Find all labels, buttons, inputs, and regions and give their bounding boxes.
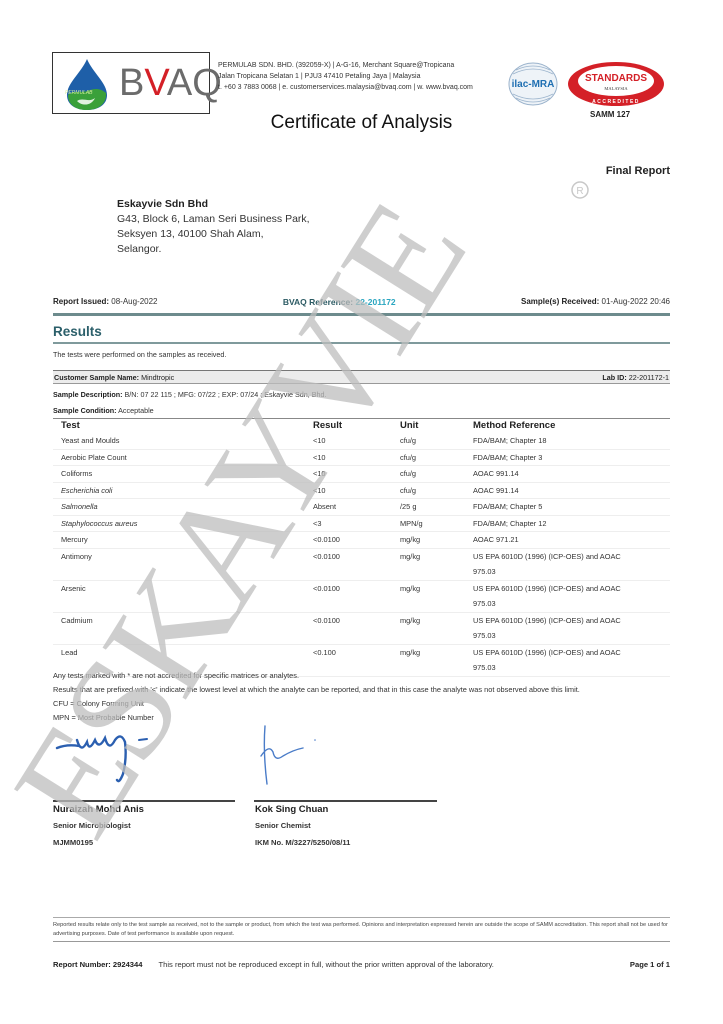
report-number: Report Number: 2924344 <box>53 960 142 969</box>
method-reference: AOAC 971.21 <box>473 532 670 549</box>
method-line: FDA/BAM; Chapter 18 <box>473 433 670 449</box>
svg-text:ACCREDITED: ACCREDITED <box>592 99 640 105</box>
test-unit: mg/kg <box>400 532 473 549</box>
divider <box>53 342 670 344</box>
table-row: SalmonellaAbsent/25 gFDA/BAM; Chapter 5 <box>53 499 670 516</box>
customer-sample-name: Customer Sample Name: Mindtropic <box>54 373 174 382</box>
company-line: PERMULAB SDN. BHD. (392059-X) | A-G-16, … <box>218 60 473 71</box>
test-unit: MPN/g <box>400 515 473 532</box>
page-number: Page 1 of 1 <box>630 960 670 969</box>
method-line: AOAC 991.14 <box>473 466 670 482</box>
test-name: Cadmium <box>53 612 313 644</box>
sample-condition: Sample Condition: Acceptable <box>53 406 154 415</box>
signatory-id: IKM No. M/3227/5250/08/11 <box>255 838 350 847</box>
company-line: t. +60 3 7883 0068 | e. customerservices… <box>218 82 473 93</box>
method-reference: US EPA 6010D (1996) (ICP-OES) and AOAC97… <box>473 548 670 580</box>
signatory-role: Senior Microbiologist <box>53 821 131 830</box>
test-result: <10 <box>313 482 400 499</box>
test-name: Mercury <box>53 532 313 549</box>
test-name: Aerobic Plate Count <box>53 449 313 466</box>
svg-text:PERMULAB: PERMULAB <box>65 90 93 96</box>
method-reference: FDA/BAM; Chapter 12 <box>473 515 670 532</box>
method-line: FDA/BAM; Chapter 12 <box>473 516 670 532</box>
test-result: <0.0100 <box>313 532 400 549</box>
test-name: Arsenic <box>53 580 313 612</box>
note-line: Results that are prefixed with '<' indic… <box>53 683 580 697</box>
method-line: FDA/BAM; Chapter 5 <box>473 499 670 515</box>
customer-address: Eskayvie Sdn Bhd G43, Block 6, Laman Ser… <box>117 197 310 257</box>
method-line: US EPA 6010D (1996) (ICP-OES) and AOAC <box>473 581 670 597</box>
bvaq-reference: BVAQ Reference: 22-201172 <box>283 297 396 307</box>
table-row: Staphylococcus aureus<3MPN/gFDA/BAM; Cha… <box>53 515 670 532</box>
test-unit: mg/kg <box>400 580 473 612</box>
customer-sample-name-bar: Customer Sample Name: Mindtropic Lab ID:… <box>53 370 670 384</box>
method-reference: US EPA 6010D (1996) (ICP-OES) and AOAC97… <box>473 580 670 612</box>
note-line: Any tests marked with * are not accredit… <box>53 669 580 683</box>
report-status: Final Report <box>606 165 670 177</box>
test-unit: /25 g <box>400 499 473 516</box>
standards-malaysia-logo-icon: STANDARDS MALAYSIA ACCREDITED <box>566 60 666 108</box>
ilac-mra-logo-icon: ilac-MRA <box>507 62 559 106</box>
column-header: Test <box>53 419 313 434</box>
table-row: Aerobic Plate Count<10cfu/gFDA/BAM; Chap… <box>53 449 670 466</box>
company-info: PERMULAB SDN. BHD. (392059-X) | A-G-16, … <box>218 60 473 93</box>
method-reference: FDA/BAM; Chapter 18 <box>473 433 670 449</box>
page-footer: Report Number: 2924344 This report must … <box>53 960 670 969</box>
test-result: <0.0100 <box>313 580 400 612</box>
bvaq-logo: PERMULAB BVAQ <box>52 52 210 114</box>
test-unit: mg/kg <box>400 548 473 580</box>
test-name: Antimony <box>53 548 313 580</box>
table-row: Yeast and Moulds<10cfu/gFDA/BAM; Chapter… <box>53 433 670 449</box>
test-unit: cfu/g <box>400 482 473 499</box>
test-unit: cfu/g <box>400 466 473 483</box>
signature-line <box>53 800 235 802</box>
customer-name: Eskayvie Sdn Bhd <box>117 197 310 212</box>
method-line: AOAC 971.21 <box>473 532 670 548</box>
page-title: Certificate of Analysis <box>0 112 723 134</box>
table-row: Cadmium<0.0100mg/kgUS EPA 6010D (1996) (… <box>53 612 670 644</box>
reproduction-notice: This report must not be reproduced excep… <box>158 960 493 969</box>
method-reference: US EPA 6010D (1996) (ICP-OES) and AOAC97… <box>473 612 670 644</box>
test-name: Yeast and Moulds <box>53 433 313 449</box>
report-meta: Report Issued: 08-Aug-2022 BVAQ Referenc… <box>53 297 670 307</box>
brand-wordmark: BVAQ <box>119 63 222 103</box>
method-reference: AOAC 991.14 <box>473 466 670 483</box>
test-name: Salmonella <box>53 499 313 516</box>
method-line: 975.03 <box>473 628 670 644</box>
svg-text:MALAYSIA: MALAYSIA <box>604 86 628 91</box>
address-line: Seksyen 13, 40100 Shah Alam, <box>117 227 310 242</box>
samples-received: Sample(s) Received: 01-Aug-2022 20:46 <box>521 297 670 307</box>
divider <box>53 313 670 316</box>
test-unit: mg/kg <box>400 612 473 644</box>
test-result: <10 <box>313 449 400 466</box>
company-line: Jalan Tropicana Selatan 1 | PJU3 47410 P… <box>218 71 473 82</box>
results-heading: Results <box>53 324 102 339</box>
notes: Any tests marked with * are not accredit… <box>53 669 580 725</box>
svg-text:STANDARDS: STANDARDS <box>585 73 647 84</box>
table-row: Coliforms<10cfu/gAOAC 991.14 <box>53 466 670 483</box>
signatory-id: MJMM0195 <box>53 838 93 847</box>
results-intro: The tests were performed on the samples … <box>53 350 226 359</box>
svg-text:R: R <box>576 186 583 197</box>
test-name: Escherichia coli <box>53 482 313 499</box>
column-header: Method Reference <box>473 419 670 434</box>
lab-id: Lab ID: 22-201172-1 <box>602 373 669 382</box>
test-unit: cfu/g <box>400 433 473 449</box>
method-line: FDA/BAM; Chapter 3 <box>473 450 670 466</box>
test-name: Staphylococcus aureus <box>53 515 313 532</box>
test-result: <10 <box>313 466 400 483</box>
test-result: <3 <box>313 515 400 532</box>
method-line: AOAC 991.14 <box>473 483 670 499</box>
address-line: Selangor. <box>117 242 310 257</box>
test-unit: cfu/g <box>400 449 473 466</box>
method-line: 975.03 <box>473 564 670 580</box>
signatory-role: Senior Chemist <box>255 821 311 830</box>
method-reference: FDA/BAM; Chapter 3 <box>473 449 670 466</box>
signatory-name: Kok Sing Chuan <box>255 804 328 815</box>
water-drop-logo-icon: PERMULAB <box>61 57 113 111</box>
table-header-row: Test Result Unit Method Reference <box>53 419 670 434</box>
test-result: <0.0100 <box>313 548 400 580</box>
results-table: Test Result Unit Method Reference Yeast … <box>53 418 670 677</box>
report-issued: Report Issued: 08-Aug-2022 <box>53 297 158 307</box>
test-result: <0.0100 <box>313 612 400 644</box>
signatory-name: Nuraizah Mohd Anis <box>53 804 144 815</box>
table-row: Mercury<0.0100mg/kgAOAC 971.21 <box>53 532 670 549</box>
test-result: Absent <box>313 499 400 516</box>
signature-kok-icon <box>255 722 325 792</box>
note-line: CFU = Colony Forming Unit <box>53 697 580 711</box>
test-name: Coliforms <box>53 466 313 483</box>
svg-text:ilac-MRA: ilac-MRA <box>512 79 555 90</box>
table-row: Arsenic<0.0100mg/kgUS EPA 6010D (1996) (… <box>53 580 670 612</box>
method-line: 975.03 <box>473 596 670 612</box>
column-header: Result <box>313 419 400 434</box>
method-line: US EPA 6010D (1996) (ICP-OES) and AOAC <box>473 549 670 565</box>
signature-nuraizah-icon <box>55 730 185 790</box>
method-reference: AOAC 991.14 <box>473 482 670 499</box>
column-header: Unit <box>400 419 473 434</box>
signature-line <box>254 800 437 802</box>
method-line: US EPA 6010D (1996) (ICP-OES) and AOAC <box>473 613 670 629</box>
method-line: US EPA 6010D (1996) (ICP-OES) and AOAC <box>473 645 670 661</box>
test-result: <10 <box>313 433 400 449</box>
address-line: G43, Block 6, Laman Seri Business Park, <box>117 212 310 227</box>
table-row: Antimony<0.0100mg/kgUS EPA 6010D (1996) … <box>53 548 670 580</box>
sample-description: Sample Description: B/N: 07 22 115 ; MFG… <box>53 390 327 399</box>
disclaimer: Reported results relate only to the test… <box>53 917 670 942</box>
method-reference: FDA/BAM; Chapter 5 <box>473 499 670 516</box>
table-row: Escherichia coli<10cfu/gAOAC 991.14 <box>53 482 670 499</box>
